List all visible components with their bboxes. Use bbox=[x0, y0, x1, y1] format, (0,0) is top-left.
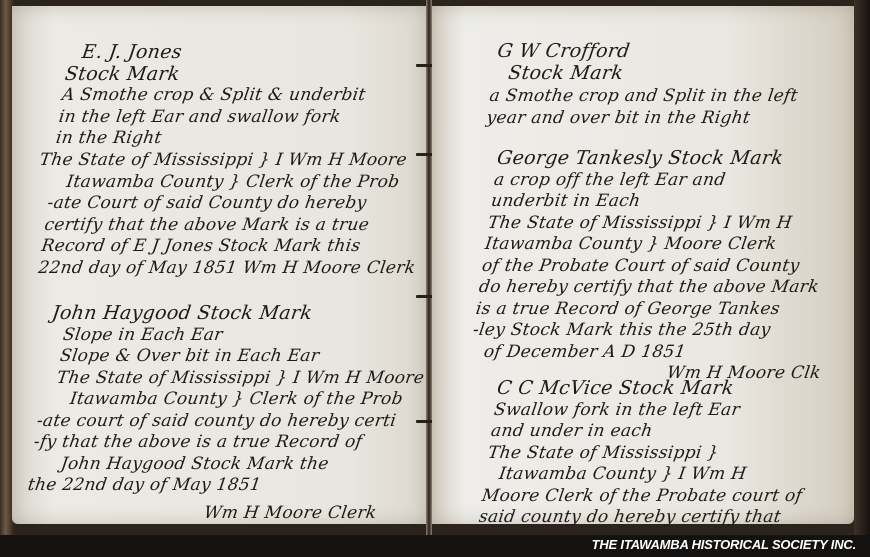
entry-date-signature: 22nd day of May 1851 Wm H Moore Clerk bbox=[23, 258, 417, 280]
entry-cc-mcvice: C C McVice Stock Mark Swallow fork in th… bbox=[477, 378, 818, 529]
entry-text-line: do hereby certify that the above Mark bbox=[477, 277, 834, 299]
entry-text-line: Itawamba County } I Wm H bbox=[483, 464, 806, 486]
entry-text-line: -ley Stock Mark this the 25th day bbox=[471, 320, 828, 342]
entry-name: E. J. Jones bbox=[67, 42, 374, 64]
entry-ej-jones-certificate: The State of Mississippi } I Wm H Moore … bbox=[23, 150, 432, 279]
entry-date: of December A D 1851 bbox=[468, 342, 825, 364]
entry-text-line: The State of Mississippi } I Wm H bbox=[487, 213, 844, 235]
entry-gw-crofford-mark: a Smothe crop and Split in the left year… bbox=[485, 86, 799, 129]
entry-text-line: Slope in Each Ear bbox=[47, 325, 431, 347]
entry-text-line: John Haygood Stock Mark the bbox=[29, 454, 413, 476]
entry-title: Stock Mark bbox=[493, 63, 628, 85]
entry-text-line: a Smothe crop and Split in the left bbox=[488, 86, 799, 108]
entry-text-line: Moore Clerk of the Probate court of bbox=[480, 486, 803, 508]
entry-date: the 22nd day of May 1851 bbox=[26, 475, 410, 497]
entry-text-line: of the Probate Court of said County bbox=[480, 256, 837, 278]
entry-text-line: is a true Record of George Tankes bbox=[474, 299, 831, 321]
entry-text-line: Slope & Over bit in Each Ear bbox=[44, 346, 428, 368]
entry-john-haygood: John Haygood Stock Mark Slope in Each Ea… bbox=[22, 303, 434, 524]
entry-text-line: a crop off the left Ear and bbox=[493, 170, 850, 192]
entry-name: George Tankesly Stock Mark bbox=[496, 148, 853, 170]
entry-text-line: Itawamba County } Moore Clerk bbox=[484, 234, 841, 256]
clerk-signature: Wm H Moore Clerk bbox=[22, 503, 406, 525]
entry-ej-jones: E. J. Jones Stock Mark A Smothe crop & S… bbox=[54, 42, 373, 150]
entry-text-line: underbit in Each bbox=[490, 191, 847, 213]
watermark-caption: THE ITAWAMBA HISTORICAL SOCIETY INC. bbox=[592, 537, 856, 552]
entry-text-line: Itawamba County } Clerk of the Prob bbox=[38, 389, 422, 411]
entry-george-tankesly: George Tankesly Stock Mark a crop off th… bbox=[465, 148, 852, 385]
entry-text-line: Record of E J Jones Stock Mark this bbox=[26, 236, 420, 258]
entry-text-line: The State of Mississippi } I Wm H Moore bbox=[41, 368, 425, 390]
entry-title: Stock Mark bbox=[64, 64, 371, 86]
entry-text-line: -fy that the above is a true Record of bbox=[32, 432, 416, 454]
ledger-book: E. J. Jones Stock Mark A Smothe crop & S… bbox=[0, 0, 870, 535]
entry-text-line: Swallow fork in the left Ear bbox=[493, 400, 816, 422]
entry-text-line: Itawamba County } Clerk of the Prob bbox=[35, 172, 429, 194]
entry-text-line: -ate Court of said County do hereby bbox=[32, 193, 426, 215]
left-page: E. J. Jones Stock Mark A Smothe crop & S… bbox=[12, 6, 426, 524]
entry-text-line: and under in each bbox=[490, 421, 813, 443]
entry-name: G W Crofford bbox=[496, 41, 631, 63]
right-page: G W Crofford Stock Mark a Smothe crop an… bbox=[432, 6, 854, 524]
entry-name: John Haygood Stock Mark bbox=[51, 303, 435, 325]
entry-text-line: said county do hereby certify that bbox=[477, 507, 800, 529]
book-cover-edge-right bbox=[854, 0, 870, 535]
entry-text-line: in the Right bbox=[54, 128, 361, 150]
entry-text-line: A Smothe crop & Split & underbit bbox=[60, 85, 367, 107]
entry-text-line: The State of Mississippi } bbox=[486, 443, 809, 465]
entry-text-line: -ate court of said county do hereby cert… bbox=[35, 411, 419, 433]
entry-gw-crofford: G W Crofford Stock Mark bbox=[493, 41, 631, 84]
entry-text-line: The State of Mississippi } I Wm H Moore bbox=[38, 150, 432, 172]
entry-text-line: certify that the above Mark is a true bbox=[29, 215, 423, 237]
entry-text-line: year and over bit in the Right bbox=[485, 108, 796, 130]
entry-text-line: in the left Ear and swallow fork bbox=[57, 107, 364, 129]
entry-name: C C McVice Stock Mark bbox=[496, 378, 819, 400]
